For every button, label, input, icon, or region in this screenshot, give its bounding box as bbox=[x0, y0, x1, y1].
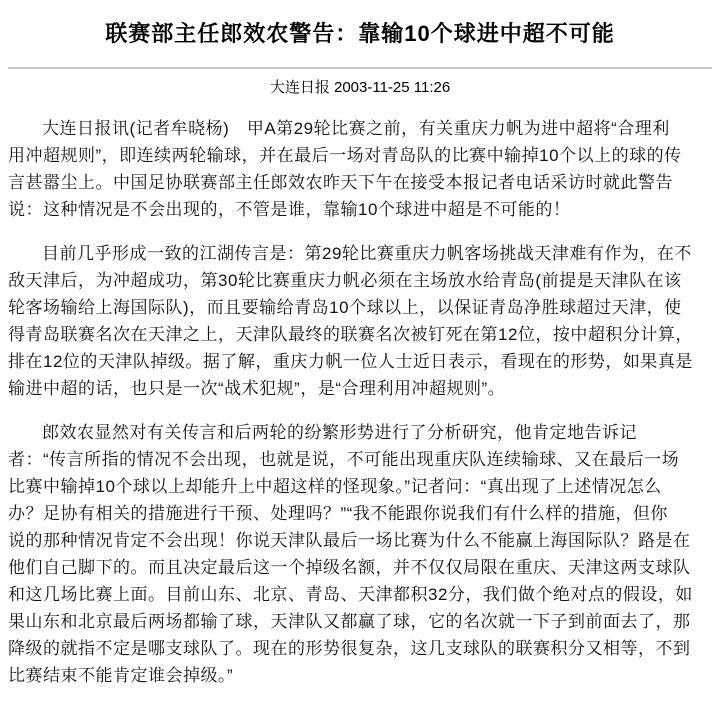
article-body: 大连日报讯(记者牟晓杨) 甲A第29轮比赛之前，有关重庆力帆为进中超将“合理利 … bbox=[8, 115, 712, 689]
source-line: 大连日报 2003-11-25 11:26 bbox=[8, 78, 712, 98]
article-paragraph: 郎效农显然对有关传言和后两轮的纷繁形势进行了分析研究，他肯定地告诉记 者：“传言… bbox=[8, 419, 712, 689]
article-page: 联赛部主任郎效农警告：靠输10个球进中超不可能 大连日报 2003-11-25 … bbox=[0, 0, 720, 713]
title-divider bbox=[8, 67, 712, 69]
article-paragraph: 目前几乎形成一致的江湖传言是：第29轮比赛重庆力帆客场挑战天津难有作为，在不 敌… bbox=[8, 240, 712, 402]
article-paragraph: 大连日报讯(记者牟晓杨) 甲A第29轮比赛之前，有关重庆力帆为进中超将“合理利 … bbox=[8, 115, 712, 223]
page-title: 联赛部主任郎效农警告：靠输10个球进中超不可能 bbox=[8, 18, 712, 50]
